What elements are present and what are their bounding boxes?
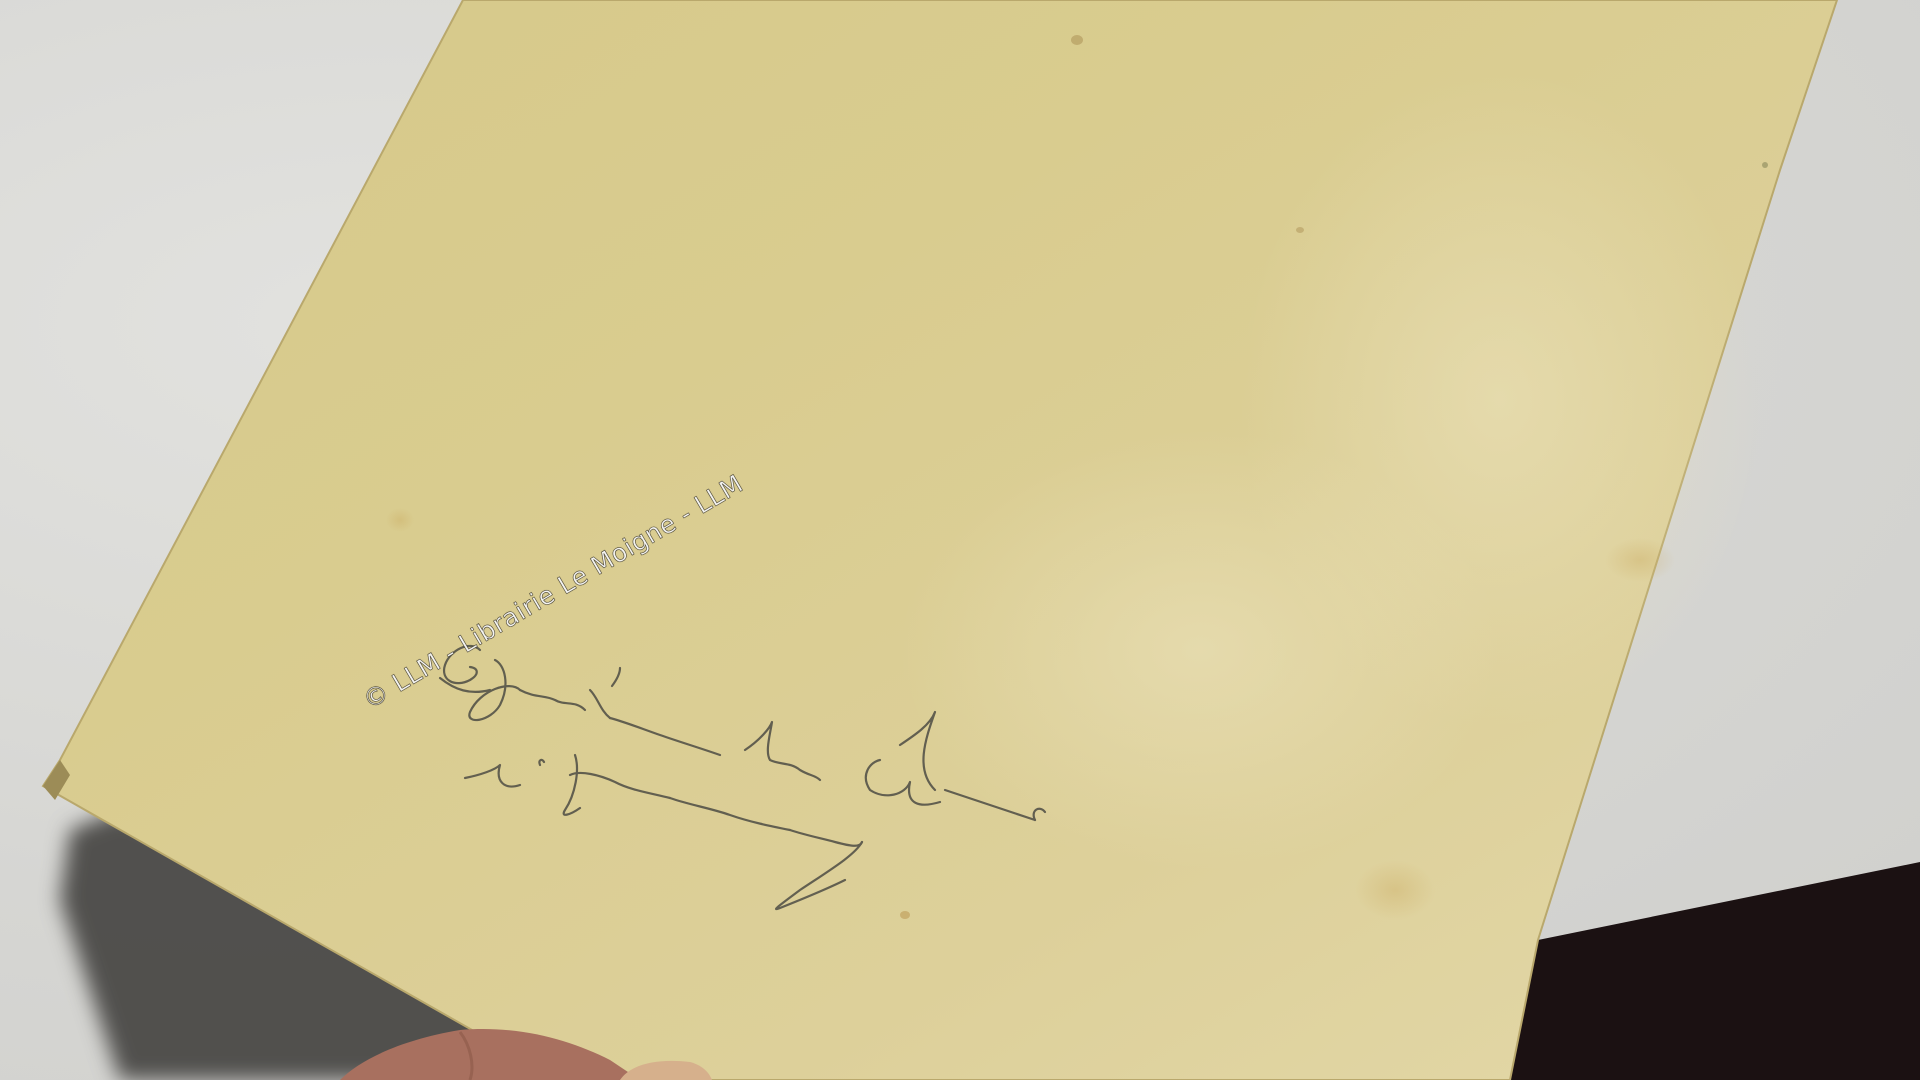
photo-scene: Exposition des Laines de Douarnenez © LL…: [0, 0, 1920, 1080]
pencil-inscription: [0, 0, 1920, 1080]
